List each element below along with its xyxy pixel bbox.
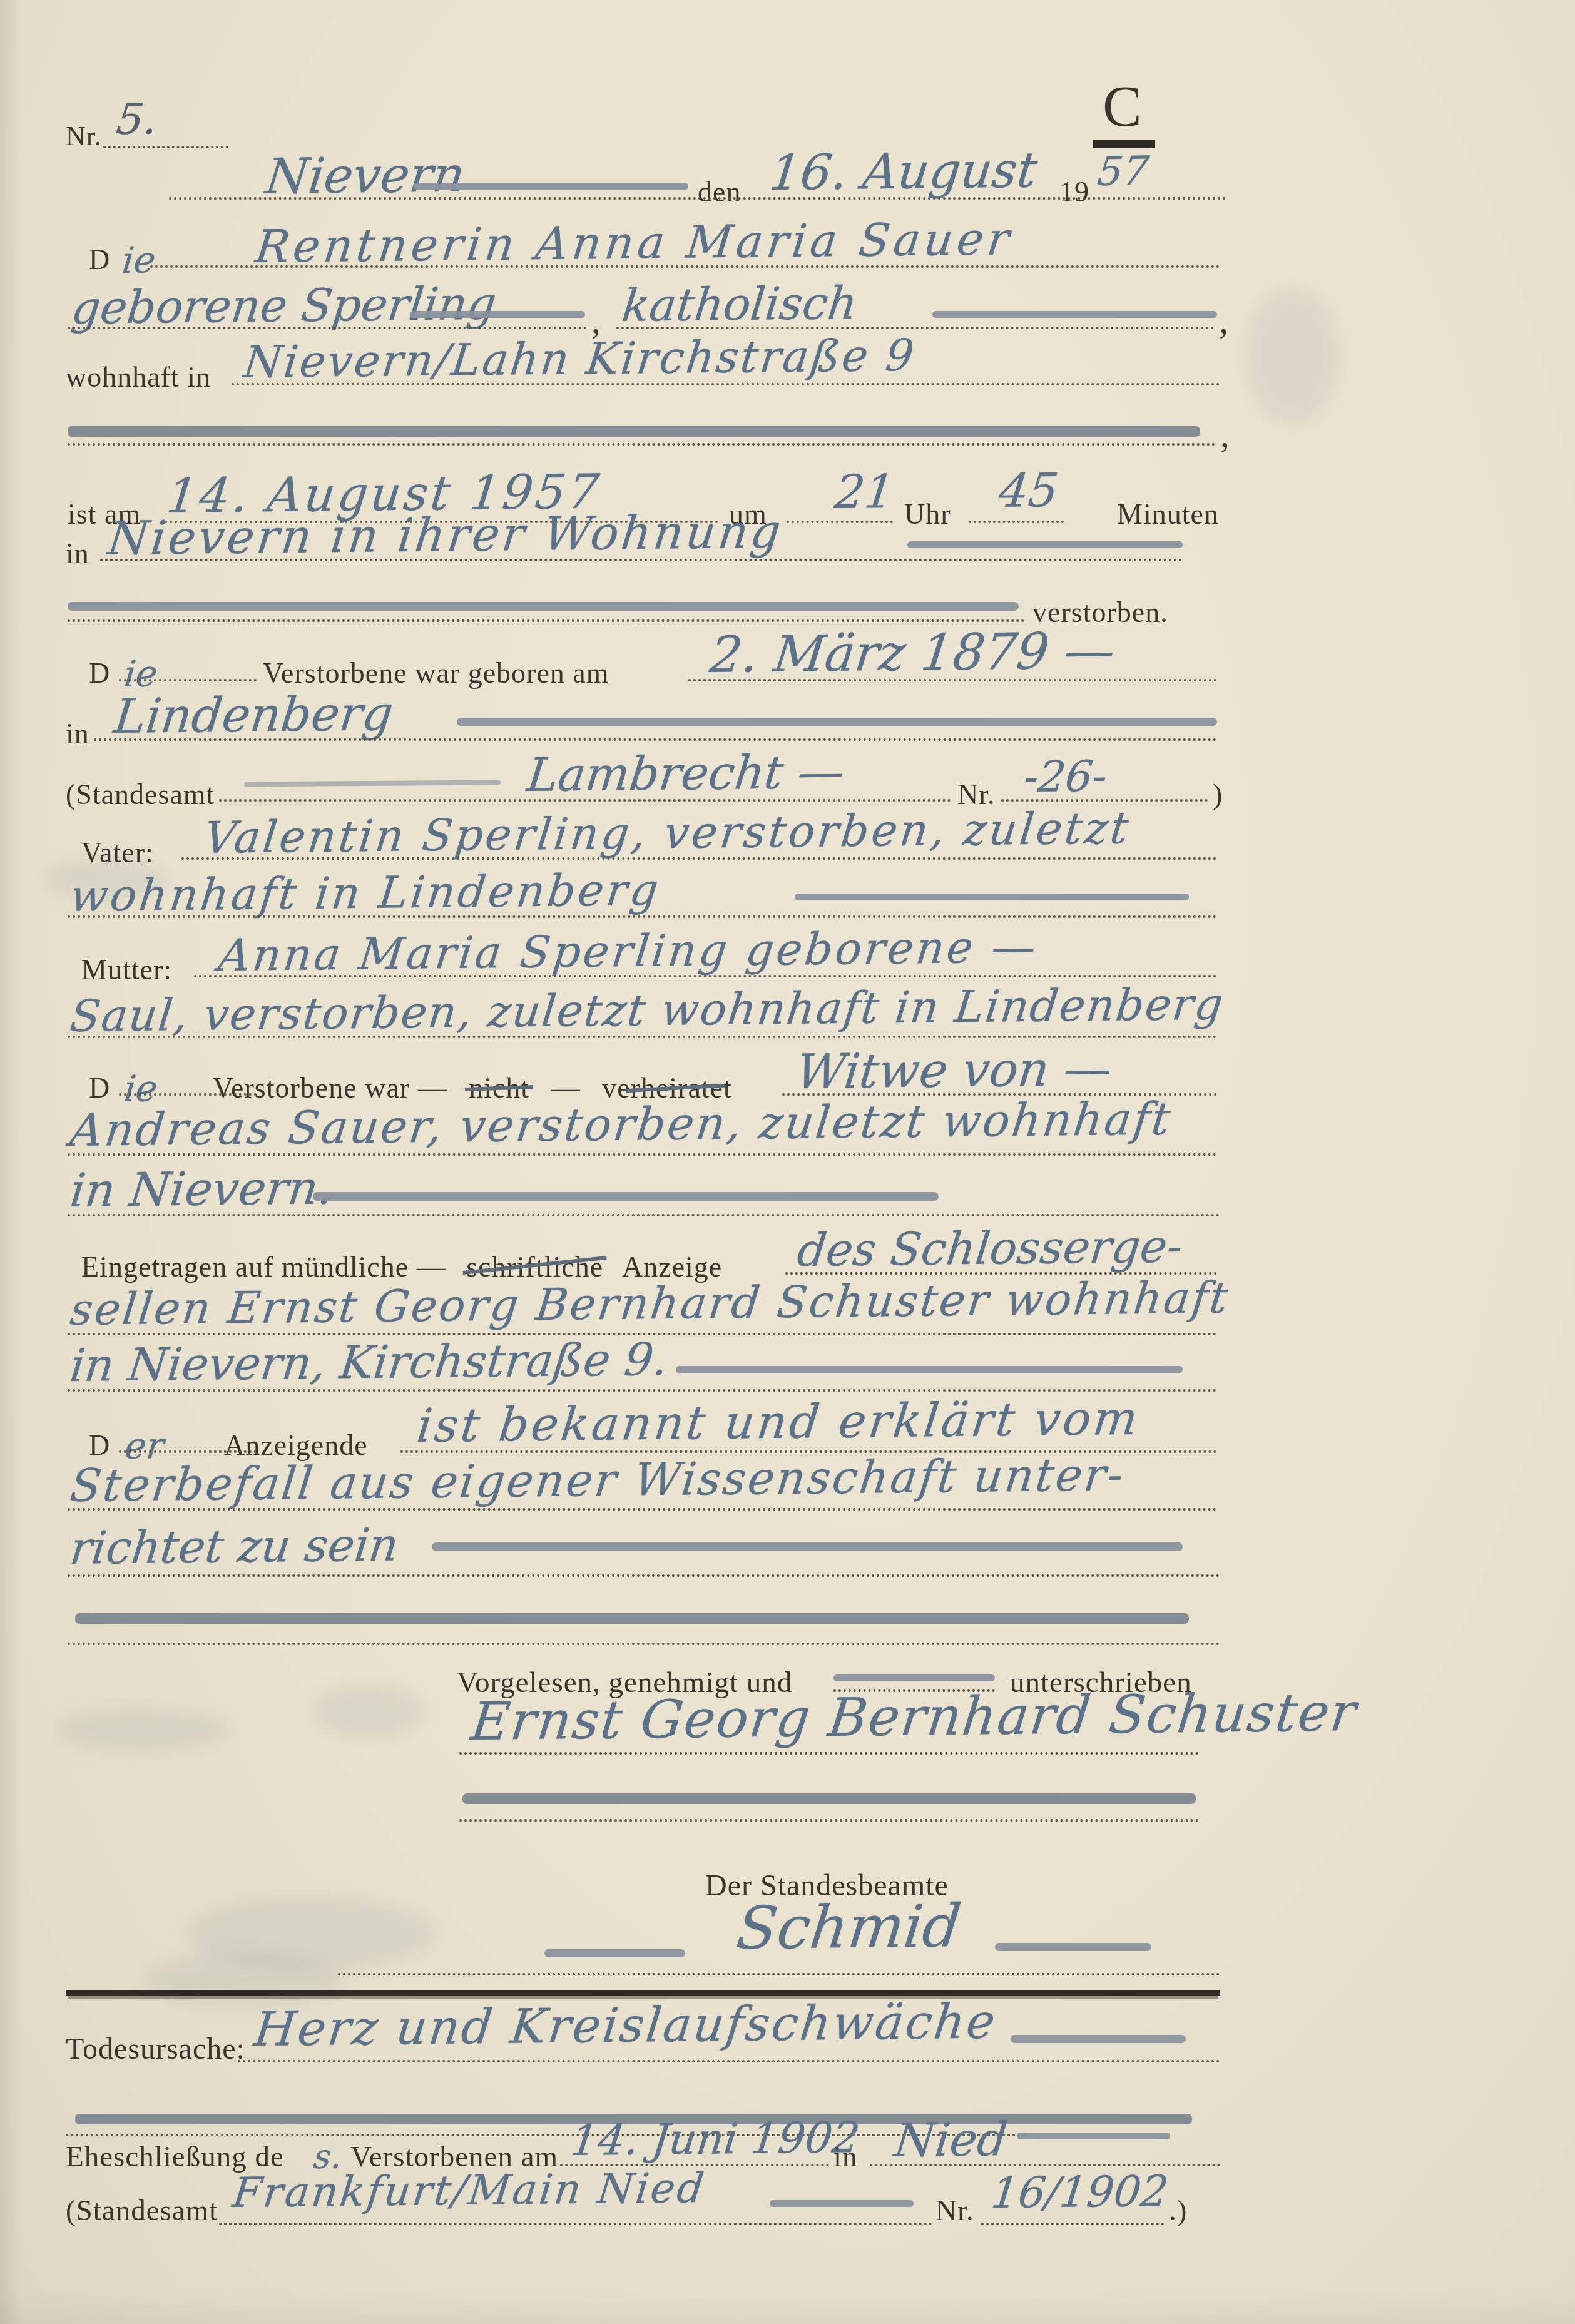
dotted-line [688, 679, 1217, 681]
death-register-page: Nr. 5. C Nievern den 16. August 19 57 D … [0, 0, 1575, 2324]
marriage-in-label: in [833, 2140, 858, 2174]
death-in-label: in [66, 537, 89, 570]
declarant-article-printed: D [89, 1429, 110, 1462]
death-place-value: Nievern in ihrer Wohnung [105, 505, 786, 566]
marital-war-prefix: Verstorbene war — [213, 1072, 447, 1104]
filler-stroke [544, 1949, 685, 1957]
birth-in-label: in [66, 717, 89, 750]
filler-stroke [244, 780, 501, 787]
marriage-paren-close: .) [1169, 2194, 1187, 2228]
dotted-line [787, 521, 893, 523]
registration-value-line3: in Nievern, Kirchstraße 9. [68, 1333, 671, 1392]
dotted-line [194, 975, 1217, 977]
father-label: Vater: [81, 836, 154, 869]
filler-stroke [833, 1674, 995, 1681]
birth-date-value: 2. März 1879 — [707, 621, 1118, 684]
filler-stroke [75, 1613, 1189, 1624]
dotted-line [68, 619, 1025, 622]
dotted-line [219, 2223, 932, 2225]
marital-value-line2: Andreas Sauer, verstorben, zuletzt wohnh… [68, 1092, 1175, 1156]
registration-date-value: 16. August [767, 142, 1040, 201]
dotted-line [169, 197, 1226, 200]
mother-value-line2: Saul, verstorben, zuletzt wohnhaft in Li… [68, 979, 1227, 1042]
dotted-line [338, 1973, 1220, 1975]
nr-value: 5. [114, 94, 160, 145]
dotted-line [103, 146, 228, 148]
dotted-line [94, 738, 1217, 741]
minuten-label: Minuten [1117, 497, 1219, 531]
dotted-line [459, 1752, 1199, 1755]
dotted-line [68, 443, 1216, 446]
filler-stroke [457, 718, 1217, 726]
marital-value-line3: in Nievern. [68, 1161, 336, 1218]
marital-article-printed: D [89, 1071, 110, 1104]
comma: , [1220, 413, 1230, 456]
dotted-line [68, 1643, 1220, 1645]
dotted-line [969, 521, 1064, 523]
comma: , [1219, 299, 1229, 342]
dotted-line [870, 2164, 1220, 2166]
residence-label: wohnhaft in [66, 360, 211, 394]
registration-value-line1: des Schlosserge- [795, 1220, 1185, 1277]
declarant-value-line3: richtet zu sein [68, 1518, 401, 1574]
cause-value: Herz und Kreislaufschwäche [252, 1993, 1000, 2057]
filler-stroke [795, 894, 1189, 900]
section-divider-rule [66, 1990, 1220, 1996]
registration-schriftliche-struck: schriftliche [466, 1251, 603, 1283]
deceased-birthname-value: geborene Sperling [69, 277, 499, 334]
father-value-line1: Valentin Sperling, verstorben, zuletzt [201, 802, 1133, 864]
dotted-line [150, 265, 1220, 268]
dotted-line [119, 1450, 257, 1453]
corner-letter: C [1103, 73, 1143, 140]
paren-close: ) [1213, 778, 1223, 811]
filler-stroke [410, 311, 585, 318]
dotted-line [616, 327, 1214, 329]
dotted-line [68, 915, 1217, 918]
bleedthrough-mark [313, 1683, 426, 1740]
deceased-article-written: ie [120, 238, 158, 282]
dotted-line [219, 799, 951, 802]
uhr-label: Uhr [904, 497, 951, 531]
dotted-line [68, 1389, 1217, 1392]
registration-prefix: Eingetragen auf mündliche — [81, 1251, 446, 1283]
filler-stroke [676, 1366, 1183, 1373]
birth-article-printed: D [89, 656, 110, 690]
marriage-date-value: 14. Juni 1902 [568, 2113, 862, 2166]
declarant-signature: Ernst Georg Bernhard Schuster [468, 1681, 1360, 1752]
geboren-label: Verstorbene war geboren am [263, 656, 609, 690]
death-minute-value: 45 [996, 464, 1061, 518]
birth-nr-value: -26- [1021, 752, 1109, 802]
birth-standesamt-value: Lambrecht — [524, 745, 847, 802]
cause-label: Todesursache: [66, 2032, 245, 2066]
dotted-line [1001, 799, 1208, 802]
marriage-standesamt-label: (Standesamt [66, 2194, 218, 2228]
marital-status-value: Witwe von — [793, 1041, 1115, 1099]
residence-value: Nievern/Lahn Kirchstraße 9 [241, 330, 919, 388]
corner-letter-underline [1093, 140, 1155, 148]
filler-stroke [68, 426, 1200, 437]
dotted-line [459, 1819, 1199, 1822]
dotted-line [181, 857, 1217, 860]
dotted-line [119, 679, 257, 681]
filler-stroke [413, 183, 688, 190]
bleedthrough-mark [1245, 288, 1339, 426]
dotted-line [232, 383, 1220, 385]
marriage-nr-value: 16/1902 [989, 2167, 1171, 2218]
deceased-article-printed: D [89, 243, 110, 276]
filler-stroke [995, 1943, 1151, 1951]
year-printed: 19 [1059, 175, 1089, 208]
dotted-line [100, 559, 1183, 561]
dotted-line [68, 1153, 1217, 1156]
den-label: den [698, 175, 741, 208]
page-edge-shadow-left [0, 0, 21, 2324]
registrar-signature: Schmid [733, 1892, 964, 1963]
dotted-line [68, 1574, 1220, 1577]
filler-stroke [432, 1542, 1183, 1551]
dotted-line [981, 2223, 1164, 2225]
death-hour-value: 21 [832, 465, 897, 519]
deceased-religion-value: katholisch [619, 277, 860, 332]
dotted-line [66, 2134, 1026, 2136]
dotted-line [68, 1214, 1220, 1216]
filler-stroke [1017, 2133, 1170, 2139]
filler-stroke [932, 311, 1217, 318]
birth-standesamt-label: (Standesamt [66, 778, 215, 811]
deceased-name-value: Rentnerin Anna Maria Sauer [253, 212, 1016, 273]
declarant-value-line2: Sterbefall aus eigener Wissenschaft unte… [68, 1448, 1128, 1512]
dotted-line [119, 1093, 257, 1096]
birth-place-value: Lindenberg [111, 685, 396, 744]
filler-stroke [770, 2200, 914, 2207]
dotted-line [68, 1508, 1217, 1511]
nr-label: Nr. [66, 120, 102, 152]
dotted-line [68, 327, 587, 329]
filler-stroke [68, 602, 1019, 611]
filler-stroke [462, 1793, 1196, 1804]
dotted-line [68, 1036, 1217, 1038]
filler-stroke [1011, 2035, 1186, 2043]
mother-label: Mutter: [81, 953, 172, 986]
bleedthrough-mark [56, 1708, 232, 1752]
marriage-nr-label: Nr. [935, 2194, 974, 2228]
dotted-line [238, 2060, 1220, 2062]
mother-value-line1: Anna Maria Sperling geborene — [216, 921, 1041, 981]
filler-stroke [313, 1192, 939, 1201]
registration-place-value: Nievern [263, 147, 467, 205]
page-edge-shadow-bottom [0, 2290, 1575, 2324]
marriage-standesamt-value: Frankfurt/Main Nied [230, 2164, 708, 2217]
declarant-value-line1: ist bekannt und erklärt vom [414, 1392, 1143, 1453]
father-value-line2: wohnhaft in Lindenberg [68, 864, 663, 922]
year-written: 57 [1095, 148, 1151, 195]
marriage-place-value: Nied [892, 2112, 1010, 2168]
filler-stroke [907, 541, 1183, 548]
